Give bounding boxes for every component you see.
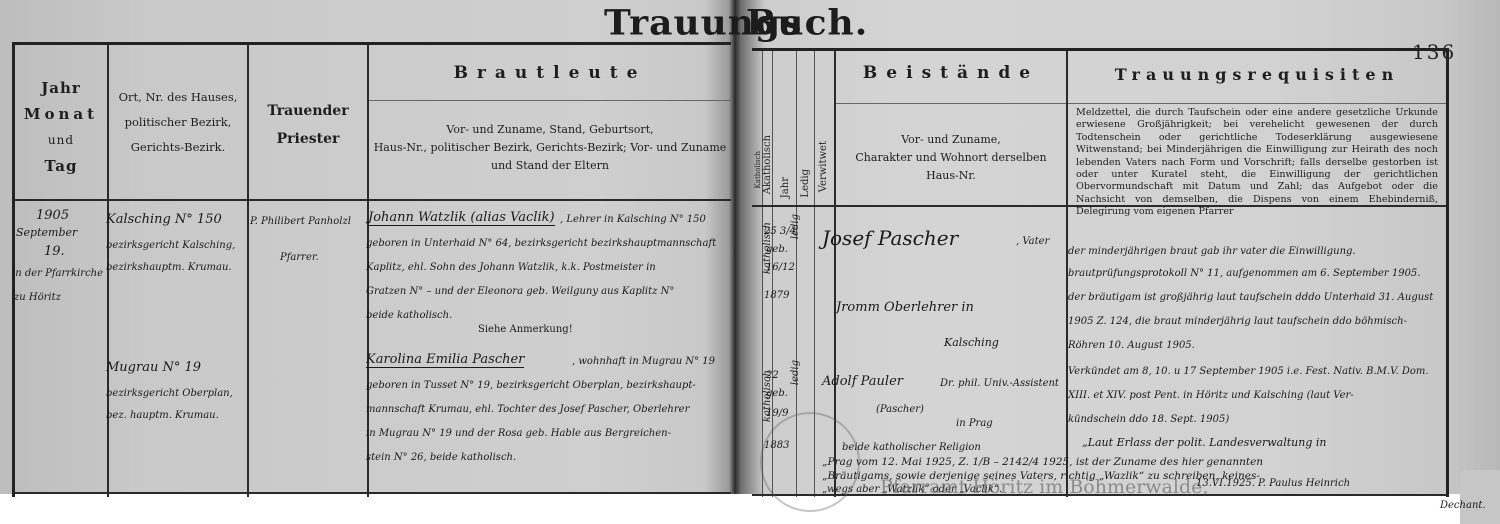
header-requisites-title: Trauungsrequisiten — [1068, 65, 1446, 84]
header-couple-title: Brautleute — [369, 63, 731, 83]
header-place: Ort, Nr. des Hauses, politischer Bezirk,… — [109, 85, 247, 160]
header-widowed: Verwitwet — [818, 141, 829, 192]
parish-stamp: Pfarramt Höritz im Böhmerwalde, — [880, 476, 1208, 498]
header-age: Jahr — [780, 177, 791, 198]
groom-name: Johann Watzlik (alias Vaclik) — [368, 210, 555, 226]
header-requisites-description: Meldzettel, die durch Taufschein oder ei… — [1076, 107, 1438, 219]
signature-role: Dechant. — [1440, 500, 1486, 511]
groom-see-note: Siehe Anmerkung! — [478, 324, 573, 335]
header-katholisch: Katholisch — [754, 151, 762, 188]
book-title-right: Buch. — [746, 3, 868, 43]
header-date: Jahr Monat und Tag — [15, 75, 107, 179]
bride-name: Karolina Emilia Pascher — [366, 352, 524, 368]
signature: 13.VI.1925. P. Paulus Heinrich — [1196, 478, 1350, 489]
header-couple-description: Vor- und Zuname, Stand, Geburtsort, Haus… — [369, 121, 731, 175]
header-priest: Trauender Priester — [249, 97, 367, 153]
header-single: Ledig — [800, 169, 811, 198]
header-witnesses-title: Beistände — [836, 63, 1066, 83]
page-edge — [1460, 470, 1500, 524]
header-witnesses-description: Vor- und Zuname, Charakter und Wohnort d… — [836, 131, 1066, 185]
parish-seal — [760, 412, 860, 512]
header-akatholisch: Akatholisch — [762, 135, 773, 194]
blank-margin — [0, 494, 1500, 524]
